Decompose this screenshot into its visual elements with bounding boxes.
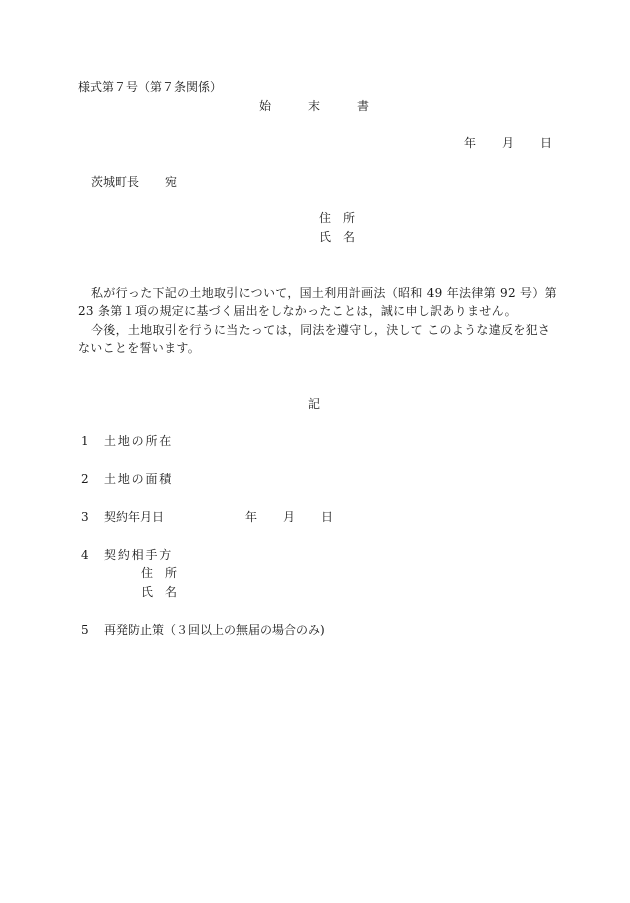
body-line-4: ないことを誓います。: [78, 342, 200, 354]
ki-heading: 記: [308, 398, 320, 410]
contract-year: 年: [245, 511, 257, 523]
item-number: 2: [81, 473, 89, 485]
item-label: 契 約 相 手 方: [104, 549, 170, 561]
body-line-1: 私が行った下記の土地取引について，国土利用計画法（昭和 49 年法律第 92 号…: [91, 287, 557, 299]
form-label: 様式第７号（第７条関係）: [78, 81, 222, 93]
date-month: 月: [502, 137, 514, 149]
title-char-2: 末: [308, 100, 320, 112]
item-label: 土 地 の 所 在: [104, 435, 170, 447]
body-line-3: 今後，土地取引を行うに当たっては，同法を遵守し，決して このような違反を犯さ: [91, 324, 550, 336]
item-number: 1: [81, 435, 89, 447]
item-number: 5: [81, 624, 89, 636]
addressee-name: 茨城町長: [91, 176, 139, 188]
item-label: 土 地 の 面 積: [104, 473, 170, 485]
contract-day: 日: [321, 511, 333, 523]
item-label: 契約年月日: [104, 511, 164, 523]
contract-month: 月: [283, 511, 295, 523]
title-char-3: 書: [357, 100, 369, 112]
date-year: 年: [464, 137, 476, 149]
item-number: 3: [81, 511, 89, 523]
item-label: 再発防止策（３回以上の無届の場合のみ): [104, 624, 325, 636]
title-char-1: 始: [259, 100, 271, 112]
body-line-2: 23 条第１項の規定に基づく届出をしなかったことは，誠に申し訳ありません。: [78, 305, 517, 317]
item-number: 4: [81, 549, 89, 561]
addressee-suffix: 宛: [165, 176, 177, 188]
date-day: 日: [540, 137, 552, 149]
